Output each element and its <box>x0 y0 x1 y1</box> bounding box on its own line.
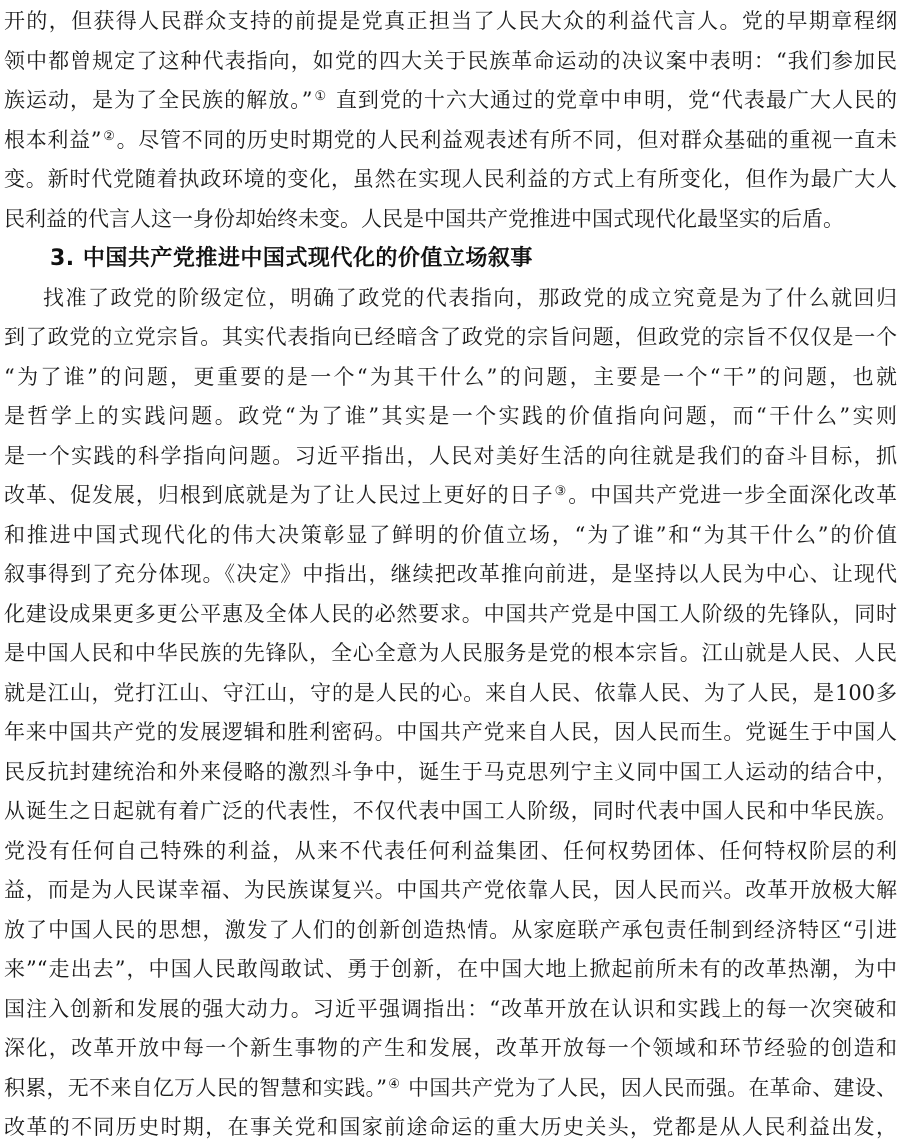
text-line: 益，而是为人民谋幸福、为民族谋复兴。中国共产党依靠人民，因人民而兴。改革开放极大… <box>4 871 897 911</box>
footnote-marker: ④ <box>387 1077 401 1092</box>
text-line: 化建设成果更多更公平惠及全体人民的必然要求。中国共产党是中国工人阶级的先锋队，同… <box>4 595 897 635</box>
text-line: 和推进中国式现代化的伟大决策彰显了鲜明的价值立场，“为了谁”和“为其干什么”的价… <box>4 516 897 556</box>
text-line: 国注入创新和发展的强大动力。习近平强调指出：“改革开放在认识和实践上的每一次突破… <box>4 990 897 1030</box>
text-line: 从诞生之日起就有着广泛的代表性，不仅代表中国工人阶级，同时代表中国人民和中华民族… <box>4 792 897 832</box>
document-body: 开的，但获得人民群众支持的前提是党真正担当了人民大众的利益代言人。党的早期章程纲… <box>4 2 897 1148</box>
text-line: 来”“走出去”，中国人民敢闯敢试、勇于创新，在中国大地上掀起前所未有的改革热潮，… <box>4 950 897 990</box>
text-line: 是中国人民和中华民族的先锋队，全心全意为人民服务是党的根本宗旨。江山就是人民、人… <box>4 634 897 674</box>
text-line: 民反抗封建统治和外来侵略的激烈斗争中，诞生于马克思列宁主义同中国工人运动的结合中… <box>4 753 897 793</box>
text-line: 改革、促发展，归根到底就是为了让人民过上更好的日子③。中国共产党进一步全面深化改… <box>4 476 897 516</box>
document-page: 开的，但获得人民群众支持的前提是党真正担当了人民大众的利益代言人。党的早期章程纲… <box>0 0 902 1148</box>
footnote-marker: ② <box>102 129 117 144</box>
text-line: 叙事得到了充分体现。《决定》中指出，继续把改革推向前进，是坚持以人民为中心、让现… <box>4 555 897 595</box>
text-line: 党没有任何自己特殊的利益，从来不代表任何利益集团、任何权势团体、任何特权阶层的利 <box>4 832 897 872</box>
text-line: 改革的不同历史时期，在事关党和国家前途命运的重大历史关头，党都是从人民利益出发， <box>4 1108 897 1148</box>
text-line: 是一个实践的科学指向问题。习近平指出，人民对美好生活的向往就是我们的奋斗目标，抓 <box>4 437 897 477</box>
footnote-marker: ③ <box>554 484 569 499</box>
text-line: 根本利益”②。尽管不同的历史时期党的人民利益观表述有所不同，但对群众基础的重视一… <box>4 121 897 161</box>
text-line: 是哲学上的实践问题。政党“为了谁”其实是一个实践的价值指向问题，而“干什么”实则 <box>4 397 897 437</box>
text-line: 开的，但获得人民群众支持的前提是党真正担当了人民大众的利益代言人。党的早期章程纲 <box>4 2 897 42</box>
text-line: 变。新时代党随着执政环境的变化，虽然在实现人民利益的方式上有所变化，但作为最广大… <box>4 160 897 200</box>
text-line: 到了政党的立党宗旨。其实代表指向已经暗含了政党的宗旨问题，但政党的宗旨不仅仅是一… <box>4 318 897 358</box>
text-line: 年来中国共产党的发展逻辑和胜利密码。中国共产党来自人民，因人民而生。党诞生于中国… <box>4 713 897 753</box>
text-line: 就是江山，党打江山、守江山，守的是人民的心。来自人民、依靠人民、为了人民，是10… <box>4 674 897 714</box>
text-line: 放了中国人民的思想，激发了人们的创新创造热情。从家庭联产承包责任制到经济特区“引… <box>4 911 897 951</box>
text-line: 深化，改革开放中每一个新生事物的产生和发展，改革开放每一个领域和环节经验的创造和 <box>4 1029 897 1069</box>
text-line: 领中都曾规定了这种代表指向，如党的四大关于民族革命运动的决议案中表明：“我们参加… <box>4 42 897 82</box>
text-line: 找准了政党的阶级定位，明确了政党的代表指向，那政党的成立究竟是为了什么就回归 <box>4 279 897 319</box>
paragraph: 找准了政党的阶级定位，明确了政党的代表指向，那政党的成立究竟是为了什么就回归到了… <box>4 279 897 1148</box>
text-line: “为了谁”的问题，更重要的是一个“为其干什么”的问题，主要是一个“干”的问题，也… <box>4 358 897 398</box>
section-heading: 3. 中国共产党推进中国式现代化的价值立场叙事 <box>4 239 897 279</box>
text-line: 积累，无不来自亿万人民的智慧和实践。”④ 中国共产党为了人民，因人民而强。在革命… <box>4 1069 897 1109</box>
text-line: 族运动，是为了全民族的解放。”① 直到党的十六大通过的党章中申明，党“代表最广大… <box>4 81 897 121</box>
paragraph: 开的，但获得人民群众支持的前提是党真正担当了人民大众的利益代言人。党的早期章程纲… <box>4 2 897 239</box>
text-line: 民利益的代言人这一身份却始终未变。人民是中国共产党推进中国式现代化最坚实的后盾。 <box>4 200 897 240</box>
footnote-marker: ① <box>312 89 328 104</box>
